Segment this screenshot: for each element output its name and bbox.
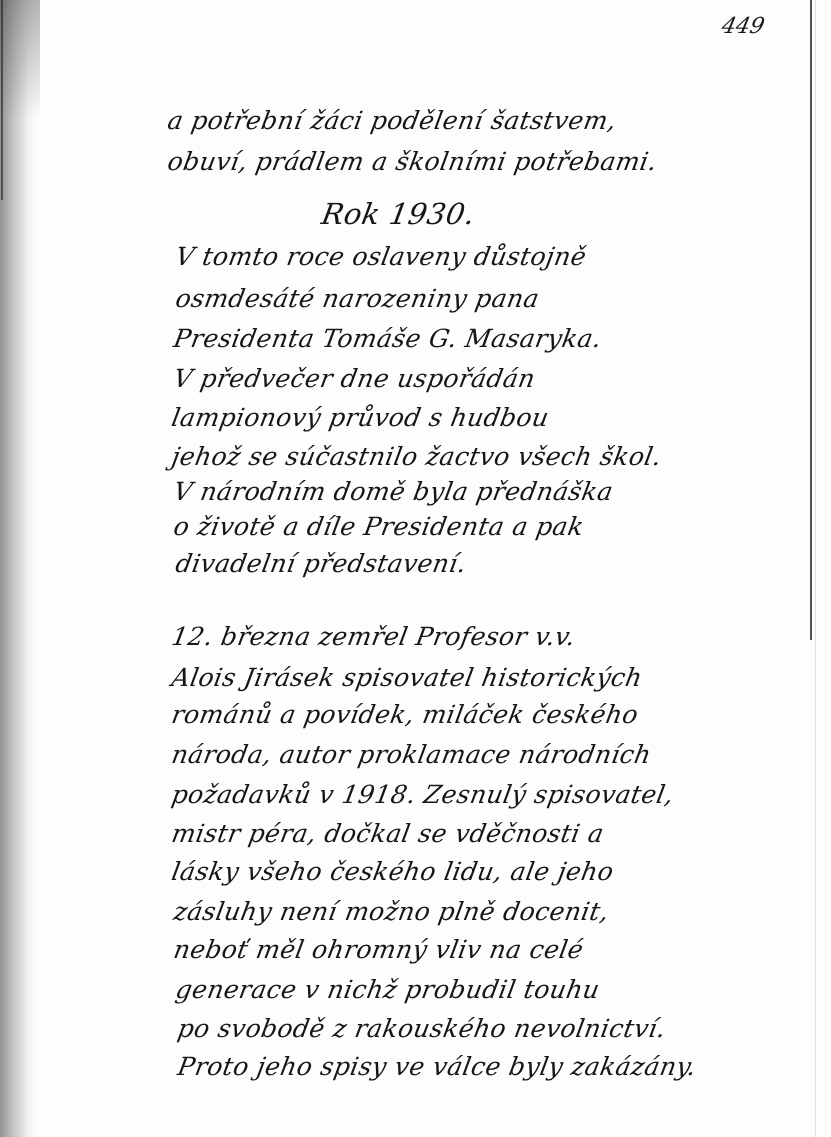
text-line: obuví, prádlem a školními potřebami. — [165, 147, 659, 176]
text-line: Proto jeho spisy ve válce byly zakázány. — [175, 1052, 698, 1081]
text-line: národa, autor proklamace národních — [169, 740, 653, 769]
section-heading: Rok 1930. — [319, 197, 478, 231]
text-line: mistr péra, dočkal se vděčnosti a — [169, 819, 606, 848]
text-line: lampionový průvod s hudbou — [169, 403, 551, 432]
text-line: zásluhy není možno plně docenit, — [171, 897, 611, 926]
text-line: po svobodě z rakouského nevolnictví. — [175, 1014, 668, 1043]
text-line: o životě a díle Presidenta a pak — [171, 512, 586, 541]
text-line: Presidenta Tomáše G. Masaryka. — [171, 324, 604, 353]
text-line: neboť měl ohromný vliv na celé — [171, 935, 585, 964]
text-line: a potřební žáci podělení šatstvem, — [165, 106, 618, 135]
text-line: požadavků v 1918. Zesnulý spisovatel, — [169, 780, 676, 809]
page-edge-faint — [815, 0, 816, 1137]
text-line: lásky všeho českého lidu, ale jeho — [169, 857, 616, 886]
text-line: osmdesáté narozeniny pana — [173, 284, 541, 313]
text-line: 12. března zemřel Profesor v.v. — [169, 622, 577, 651]
text-line: jehož se súčastnilo žactvo všech škol. — [169, 442, 664, 471]
text-line: divadelní představení. — [173, 549, 468, 578]
scanner-shadow — [0, 0, 38, 1137]
text-line: V národním domě byla přednáška — [171, 477, 615, 506]
text-line: Alois Jirásek spisovatel historických — [169, 663, 644, 692]
scanned-page: 449 a potřební žáci podělení šatstvem, o… — [0, 0, 831, 1137]
page-number: 449 — [719, 14, 766, 39]
binding-line — [810, 0, 812, 640]
text-line: V předvečer dne uspořádán — [171, 364, 537, 393]
text-line: generace v nichž probudil touhu — [173, 975, 602, 1004]
text-line: V tomto roce oslaveny důstojně — [173, 242, 588, 271]
scanner-shadow-top — [0, 0, 40, 120]
page-edge-line — [1, 0, 3, 200]
text-line: románů a povídek, miláček českého — [169, 700, 640, 729]
